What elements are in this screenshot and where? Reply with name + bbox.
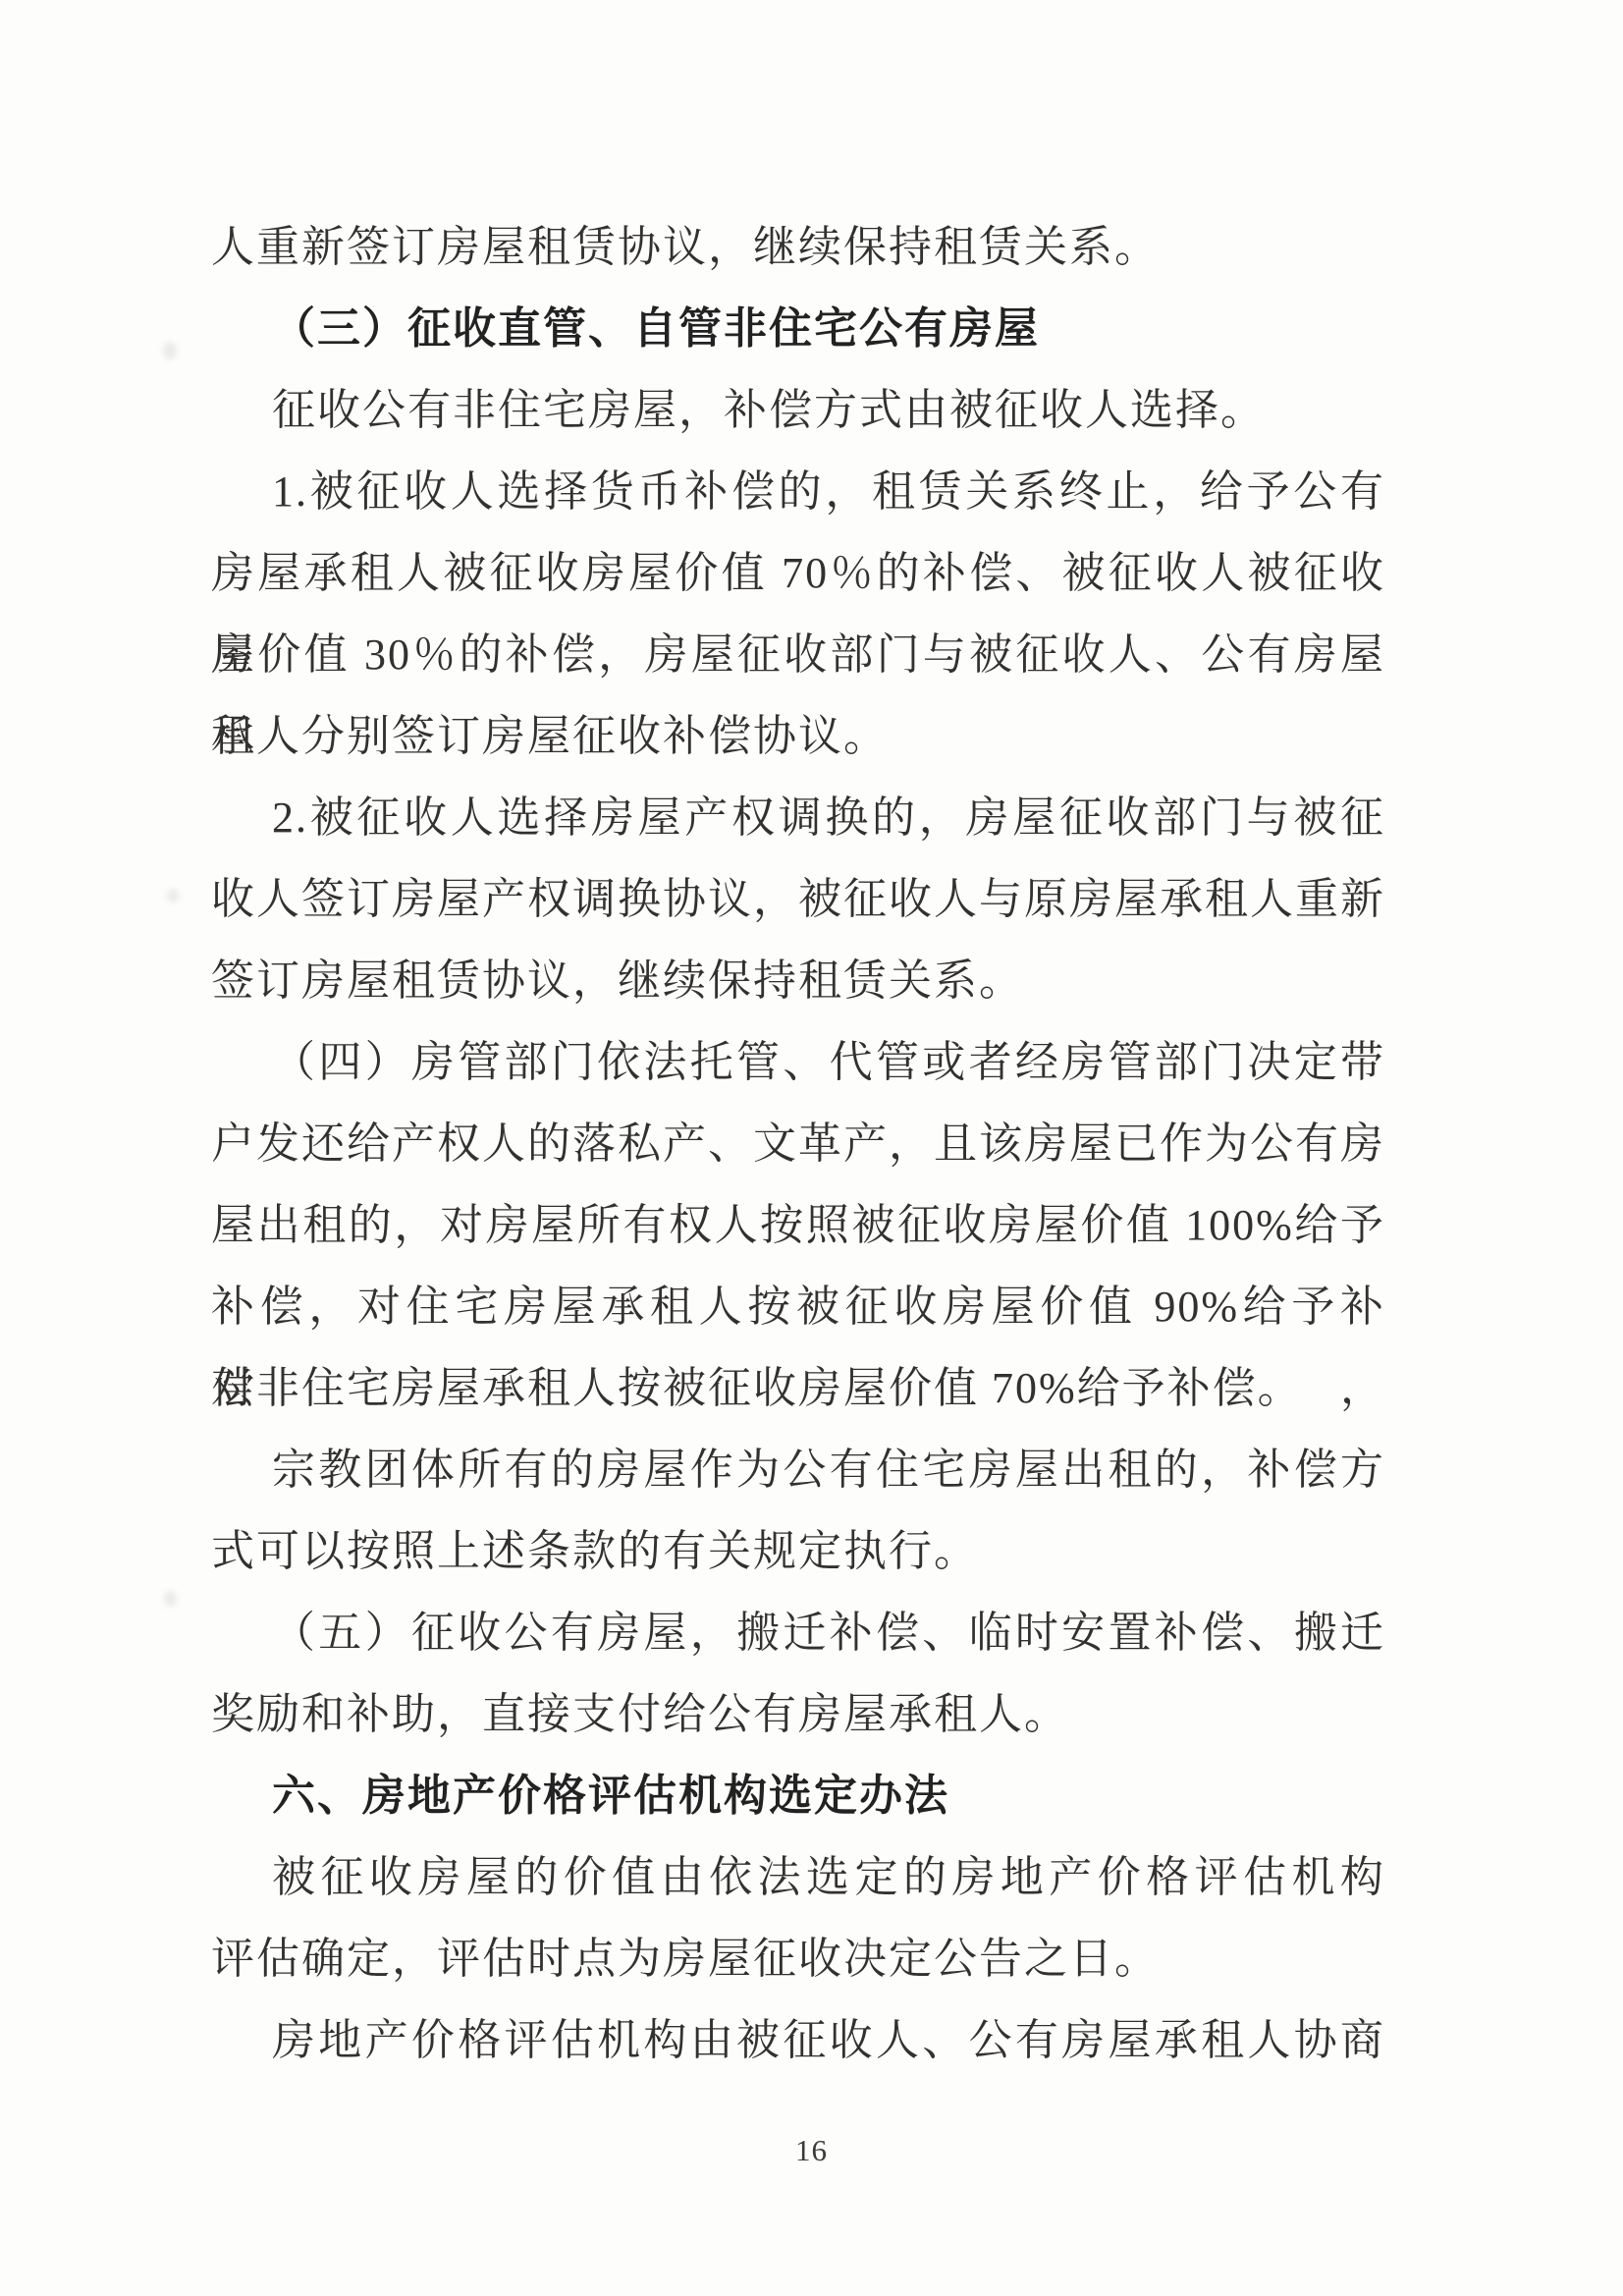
text-line: 房地产价格评估机构由被征收人、公有房屋承租人协商 bbox=[211, 1999, 1385, 2081]
text-line: 屋出租的，对房屋所有权人按照被征收房屋价值 100%给予 bbox=[211, 1184, 1385, 1266]
text-line: 评估确定，评估时点为房屋征收决定公告之日。 bbox=[211, 1918, 1385, 1999]
document-page: 人重新签订房屋租赁协议，继续保持租赁关系。 （三）征收直管、自管非住宅公有房屋 … bbox=[0, 0, 1623, 2296]
text-line: 式可以按照上述条款的有关规定执行。 bbox=[211, 1510, 1385, 1592]
scan-artifact bbox=[164, 1591, 177, 1607]
section-heading: 六、房地产价格评估机构选定办法 bbox=[211, 1755, 1385, 1836]
text-line: 人重新签订房屋租赁协议，继续保持租赁关系。 bbox=[211, 206, 1385, 288]
text-line: 1.被征收人选择货币补偿的，租赁关系终止，给予公有 bbox=[211, 451, 1385, 532]
text-line: 征收公有非住宅房屋，补偿方式由被征收人选择。 bbox=[211, 369, 1385, 451]
text-line: 房屋承租人被征收房屋价值 70％的补偿、被征收人被征收房 bbox=[211, 532, 1385, 614]
text-line: 租人分别签订房屋征收补偿协议。 bbox=[211, 695, 1385, 777]
text-line: 收人签订房屋产权调换协议，被征收人与原房屋承租人重新 bbox=[211, 858, 1385, 940]
text-line: （四）房管部门依法托管、代管或者经房管部门决定带 bbox=[211, 1021, 1385, 1103]
scan-artifact bbox=[163, 342, 177, 359]
text-line: 补偿，对住宅房屋承租人按被征收房屋价值 90%给予补偿， bbox=[211, 1266, 1385, 1347]
text-line: 宗教团体所有的房屋作为公有住宅房屋出租的，补偿方 bbox=[211, 1429, 1385, 1510]
text-line: 屋价值 30％的补偿，房屋征收部门与被征收人、公有房屋承 bbox=[211, 614, 1385, 695]
text-block: 人重新签订房屋租赁协议，继续保持租赁关系。 （三）征收直管、自管非住宅公有房屋 … bbox=[211, 206, 1385, 2081]
section-heading: （三）征收直管、自管非住宅公有房屋 bbox=[211, 288, 1385, 369]
text-line: 被征收房屋的价值由依法选定的房地产价格评估机构 bbox=[211, 1836, 1385, 1918]
text-line: （五）征收公有房屋，搬迁补偿、临时安置补偿、搬迁 bbox=[211, 1592, 1385, 1673]
scan-artifact bbox=[167, 889, 179, 902]
text-line: 签订房屋租赁协议，继续保持租赁关系。 bbox=[211, 940, 1385, 1021]
page-number: 16 bbox=[0, 2133, 1623, 2168]
text-line: 户发还给产权人的落私产、文革产，且该房屋已作为公有房 bbox=[211, 1103, 1385, 1184]
text-line: 奖励和补助，直接支付给公有房屋承租人。 bbox=[211, 1673, 1385, 1755]
text-line: 对非住宅房屋承租人按被征收房屋价值 70%给予补偿。 bbox=[211, 1347, 1385, 1429]
text-line: 2.被征收人选择房屋产权调换的，房屋征收部门与被征 bbox=[211, 777, 1385, 858]
